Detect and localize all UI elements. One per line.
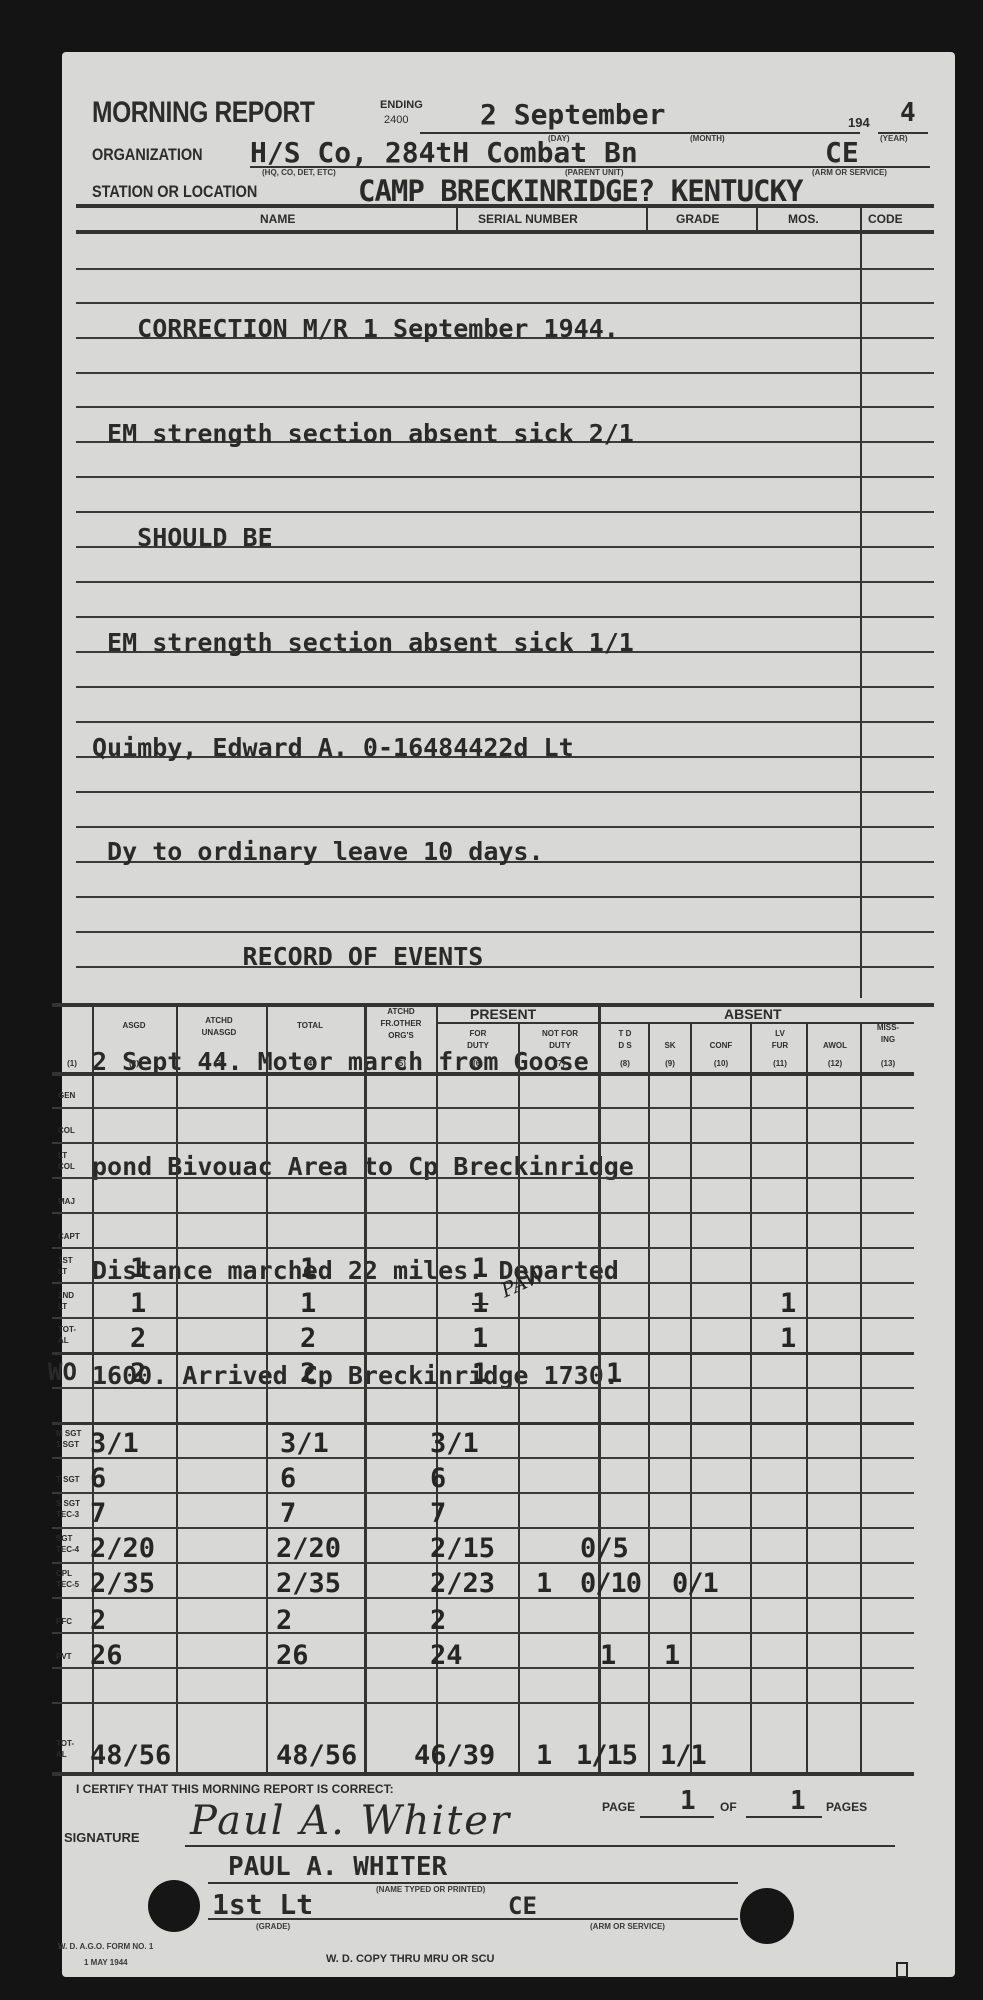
form-date: 1 MAY 1944 <box>84 1958 128 1967</box>
footer-arm-caption: (ARM OR SERVICE) <box>590 1922 665 1931</box>
form-number: W. D. A.G.O. FORM NO. 1 <box>58 1942 153 1951</box>
station-value: CAMP BRECKINRIDGE? KENTUCKY <box>358 174 802 208</box>
col-grade-header: GRADE <box>676 212 719 226</box>
col-lv-fur-header: LV FUR <box>752 1028 808 1052</box>
absent-group-header: ABSENT <box>724 1006 782 1022</box>
entries-body: CORRECTION M/R 1 September 1944. EM stre… <box>92 242 634 1429</box>
cell-2ndlt-for-duty-struck: 1 <box>472 1288 488 1319</box>
cell-pfc-total: 2 <box>276 1605 292 1636</box>
form-title: MORNING REPORT <box>92 96 315 130</box>
footer-arm-value: CE <box>508 1892 537 1920</box>
col-mos-header: MOS. <box>788 212 819 226</box>
cell-sgt-for-duty: 2/15 <box>430 1533 495 1564</box>
certify-statement: I CERTIFY THAT THIS MORNING REPORT IS CO… <box>76 1782 394 1796</box>
punch-hole-left <box>148 1880 200 1932</box>
cell-cpl-total: 2/35 <box>276 1568 341 1599</box>
col-for-duty-header: FOR DUTY <box>438 1028 518 1052</box>
organization-label: ORGANIZATION <box>92 145 203 165</box>
entry-line: Quimby, Edward A. 0-16484422d Lt <box>92 731 634 766</box>
rank-msgt-1sgt: M SGT 1 SGT <box>56 1428 81 1450</box>
cell-total-not-for-duty: 1 <box>536 1740 552 1771</box>
entry-line: pond Bivouac Area to Cp Breckinridge <box>92 1150 634 1185</box>
year-prefix: 194 <box>848 115 870 130</box>
entry-line: Dy to ordinary leave 10 days. <box>92 835 634 870</box>
col-not-for-duty-header: NOT FOR DUTY <box>520 1028 600 1052</box>
cell-offtotal-lv-fur: 1 <box>780 1323 796 1354</box>
rank-pvt: PVT <box>56 1651 72 1662</box>
rank-em-total: TOT- AL <box>56 1738 74 1760</box>
rank-cpl-tec5: CPL TEC-5 <box>56 1568 79 1590</box>
col-total-header: TOTAL <box>270 1020 350 1032</box>
cell-cpl-tdds: 0/10 <box>580 1568 641 1599</box>
col-11-num: (11) <box>752 1058 808 1070</box>
station-label: STATION OR LOCATION <box>92 182 257 202</box>
cell-offtotal-asgd: 2 <box>130 1323 146 1354</box>
col-tdds-header: T D D S <box>600 1028 650 1052</box>
typed-name: PAUL A. WHITER <box>228 1852 447 1882</box>
pages-label: PAGES <box>826 1800 867 1814</box>
arm-value: CE <box>825 136 859 169</box>
cell-cpl-sk: 0/1 <box>672 1568 718 1599</box>
report-date: 2 September <box>480 98 665 131</box>
col-13-num: (13) <box>862 1058 914 1070</box>
signature-label: SIGNATURE <box>64 1830 140 1845</box>
cell-total-total: 48/56 <box>276 1740 357 1771</box>
cell-pfc-for-duty: 2 <box>430 1605 446 1636</box>
cell-wo-for-duty: 1 <box>472 1358 488 1389</box>
rank-lt-col: LT COL <box>58 1150 75 1172</box>
cell-1stlt-total: 1 <box>300 1253 316 1284</box>
cell-pvt-total: 26 <box>276 1640 309 1671</box>
col-atchd-fr-other-header: ATCHD FR.OTHER ORG'S <box>366 1006 436 1042</box>
rank-sgt-tec4: SGT TEC-4 <box>56 1533 79 1555</box>
cell-pfc-asgd: 2 <box>90 1605 106 1636</box>
cell-cpl-for-duty: 2/23 <box>430 1568 495 1599</box>
cell-2ndlt-total: 1 <box>300 1288 316 1319</box>
col-missing-header: MISS- ING <box>862 1022 914 1046</box>
rank-wo: WO <box>48 1358 77 1386</box>
ending-time-label: 2400 <box>384 114 408 126</box>
cell-wo-tdds: 1 <box>606 1358 622 1389</box>
punch-hole-right <box>740 1888 794 1944</box>
cell-pvt-for-duty: 24 <box>430 1640 463 1671</box>
present-group-header: PRESENT <box>470 1006 536 1022</box>
col-2-num: (2) <box>94 1058 174 1070</box>
copy-note: W. D. COPY THRU MRU OR SCU <box>326 1953 494 1965</box>
cell-1stlt-for-duty: 1 <box>472 1253 488 1284</box>
col-6-num: (6) <box>438 1058 518 1070</box>
cell-ssgt-asgd: 7 <box>90 1498 106 1529</box>
col-9-num: (9) <box>650 1058 690 1070</box>
organization-value: H/S Co, 284tH Combat Bn <box>250 136 638 169</box>
grade-caption: (GRADE) <box>256 1922 290 1931</box>
cell-tsgt-total: 6 <box>280 1463 296 1494</box>
cell-total-tdds: 1/15 <box>576 1740 637 1771</box>
rank-1st-lt: 1ST LT <box>58 1255 73 1277</box>
cell-cpl-asgd: 2/35 <box>90 1568 155 1599</box>
cell-offtotal-total: 2 <box>300 1323 316 1354</box>
cell-2ndlt-asgd: 1 <box>130 1288 146 1319</box>
col-name-header: NAME <box>260 212 295 226</box>
cell-pvt-tdds: 1 <box>600 1640 616 1671</box>
cell-sgt-tdds: 0/5 <box>580 1533 629 1564</box>
cell-tsgt-asgd: 6 <box>90 1463 106 1494</box>
rank-tsgt: T SGT <box>56 1474 80 1485</box>
cell-total-sk: 1/1 <box>660 1740 706 1771</box>
col-serial-header: SERIAL NUMBER <box>478 212 578 226</box>
col-10-num: (10) <box>692 1058 750 1070</box>
of-label: OF <box>720 1800 737 1814</box>
cell-sgt-asgd: 2/20 <box>90 1533 155 1564</box>
year-caption: (YEAR) <box>880 134 908 143</box>
ending-label: ENDING <box>380 99 423 111</box>
rank-officer-total: TOT- AL <box>58 1324 76 1346</box>
col-atchd-unasgd-header: ATCHD UNASGD <box>178 1015 260 1039</box>
month-caption: (MONTH) <box>690 134 725 143</box>
page-label: PAGE <box>602 1800 635 1814</box>
signature: Paul A. Whiter <box>190 1798 511 1844</box>
cell-wo-total: 2 <box>300 1358 316 1389</box>
cell-ssgt-for-duty: 7 <box>430 1498 446 1529</box>
arm-caption: (ARM OR SERVICE) <box>812 168 887 177</box>
cell-total-asgd: 48/56 <box>90 1740 171 1771</box>
cell-sgt-total: 2/20 <box>276 1533 341 1564</box>
cell-2ndlt-lv-fur: 1 <box>780 1288 796 1319</box>
cell-msgt-total: 3/1 <box>280 1428 329 1459</box>
cell-cpl-not-for-duty: 1 <box>536 1568 552 1599</box>
entry-line: EM strength section absent sick 1/1 <box>92 626 634 661</box>
col-12-num: (12) <box>808 1058 862 1070</box>
rank-gen: GEN <box>58 1090 75 1101</box>
col-awol-header: AWOL <box>808 1040 862 1052</box>
col-1-num: (1) <box>52 1058 92 1070</box>
col-code-header: CODE <box>868 212 903 226</box>
entry-line: EM strength section absent sick 2/1 <box>92 417 634 452</box>
col-sk-header: SK <box>650 1040 690 1052</box>
name-caption: (NAME TYPED OR PRINTED) <box>376 1885 485 1894</box>
cell-offtotal-for-duty: 1 <box>472 1323 488 1354</box>
rank-capt: CAPT <box>58 1231 80 1242</box>
org-caption: (HQ, CO, DET, ETC) <box>262 168 336 177</box>
rank-ssgt-tec3: S SGT TEC-3 <box>56 1498 80 1520</box>
page-number: 1 <box>680 1786 696 1816</box>
entry-line: SHOULD BE <box>92 521 634 556</box>
total-pages: 1 <box>790 1786 806 1816</box>
col-4-num: (4) <box>270 1058 350 1070</box>
cell-tsgt-for-duty: 6 <box>430 1463 446 1494</box>
entry-line: CORRECTION M/R 1 September 1944. <box>92 312 634 347</box>
col-conf-header: CONF <box>692 1040 750 1052</box>
cell-ssgt-total: 7 <box>280 1498 296 1529</box>
cell-pvt-asgd: 26 <box>90 1640 123 1671</box>
col-3-num: (3) <box>178 1058 260 1070</box>
cell-total-for-duty: 46/39 <box>414 1740 495 1771</box>
col-5-num: (5) <box>366 1058 436 1070</box>
rank-pfc: PFC <box>56 1616 72 1627</box>
rank-maj: MAJ <box>58 1196 75 1207</box>
col-7-num: (7) <box>520 1058 600 1070</box>
entry-line: RECORD OF EVENTS <box>92 940 634 975</box>
grade-value: 1st Lt <box>212 1888 313 1921</box>
cell-msgt-for-duty: 3/1 <box>430 1428 479 1459</box>
corner-mark <box>896 1962 908 1978</box>
rank-col: COL <box>58 1125 75 1136</box>
cell-msgt-asgd: 3/1 <box>90 1428 139 1459</box>
cell-1stlt-asgd: 1 <box>130 1253 146 1284</box>
col-asgd-header: ASGD <box>94 1020 174 1032</box>
cell-pvt-sk: 1 <box>664 1640 680 1671</box>
year-suffix: 4 <box>900 98 916 128</box>
cell-wo-asgd: 2 <box>130 1358 146 1389</box>
rank-2nd-lt: 2ND LT <box>58 1290 74 1312</box>
col-8-num: (8) <box>600 1058 650 1070</box>
